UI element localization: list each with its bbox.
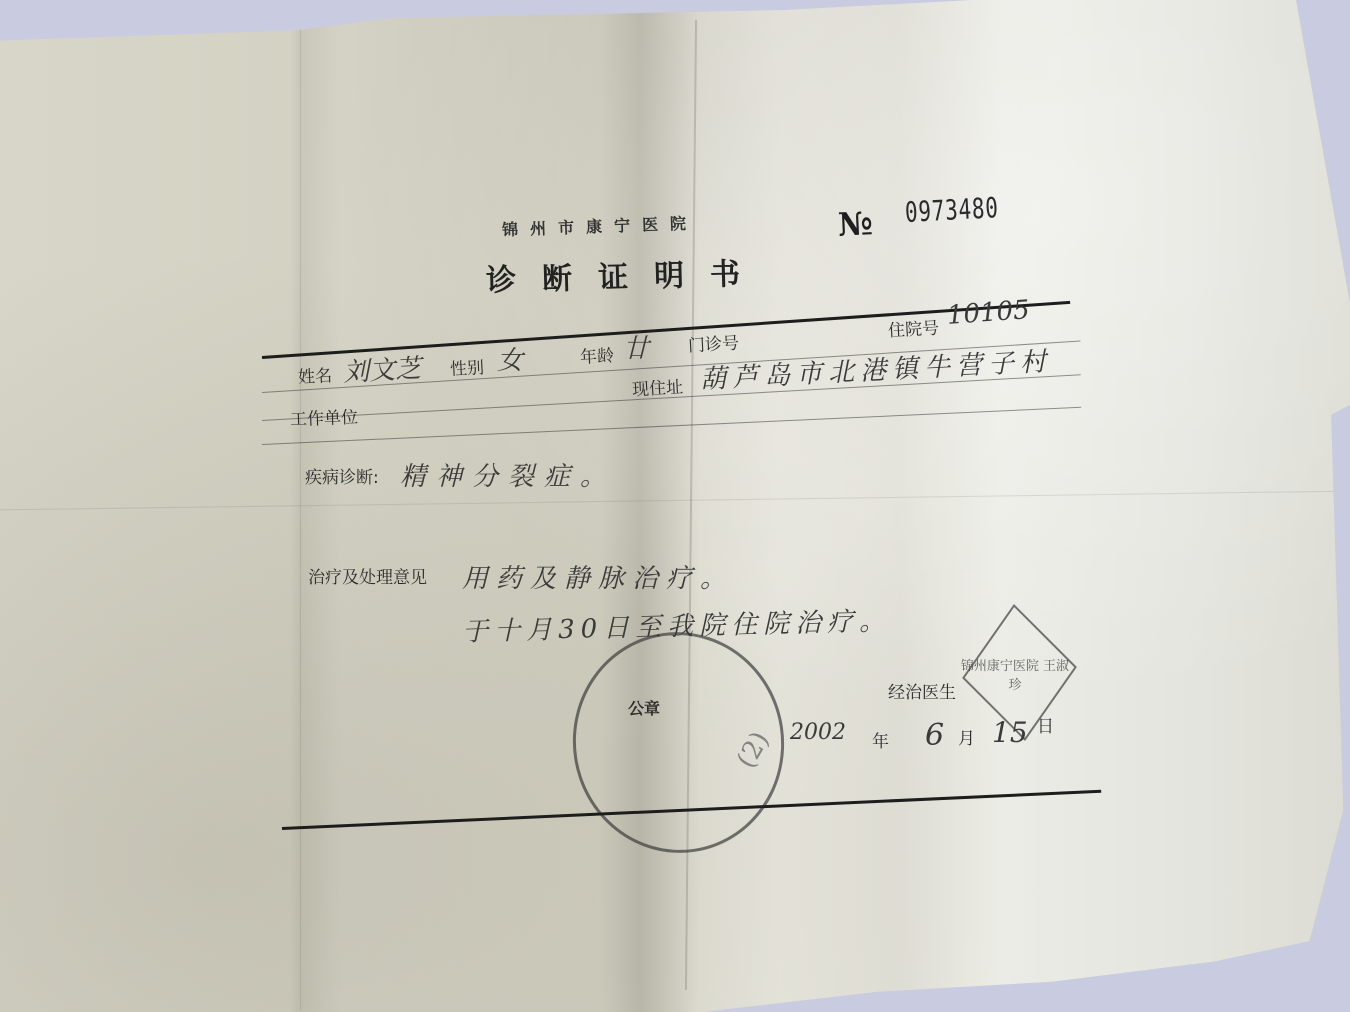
inpatient-no-label: 住院号 — [887, 314, 939, 342]
serial-number: 0973480 — [904, 191, 999, 229]
diagnosis-value: 精神分裂症。 — [400, 456, 616, 493]
doctor-label: 经治医生 — [888, 678, 956, 703]
date-day-label: 日 — [1037, 712, 1054, 737]
workplace-label: 工作单位 — [290, 403, 359, 430]
date-month: 6 — [925, 718, 944, 753]
address-value: 葫芦岛市北港镇牛营子村 — [699, 341, 1052, 396]
hospital-name: 锦州市康宁医院 — [502, 211, 699, 241]
serial-prefix: № — [837, 204, 873, 243]
diagnosis-label: 疾病诊断: — [305, 463, 379, 488]
seal-label: 公章 — [628, 696, 660, 719]
date-month-label: 月 — [958, 724, 975, 749]
age-value: 廿 — [623, 328, 649, 365]
doctor-signature-text: 锦州康宁医院 王淑珍 — [960, 655, 1070, 693]
age-label: 年龄 — [579, 341, 614, 368]
certificate: 锦州市康宁医院 № 0973480 诊断证明书 姓名 刘文芝 性别 女 年龄 廿… — [0, 0, 1350, 1012]
date-year: 2002 — [790, 720, 846, 745]
outpatient-no-label: 门诊号 — [687, 329, 739, 357]
date-day: 15 — [992, 716, 1028, 749]
treatment-label: 治疗及处理意见 — [308, 563, 427, 588]
gender-label: 性别 — [449, 353, 484, 380]
gender-value: 女 — [497, 340, 523, 377]
paper-sheet: 锦州市康宁医院 № 0973480 诊断证明书 姓名 刘文芝 性别 女 年龄 廿… — [0, 0, 1350, 1012]
treatment-line1: 用药及静脉治疗。 — [462, 558, 734, 595]
date-year-label: 年 — [872, 727, 889, 752]
name-label: 姓名 — [297, 361, 332, 388]
document-title: 诊断证明书 — [485, 248, 766, 299]
inpatient-no-value: 10105 — [946, 295, 1031, 331]
